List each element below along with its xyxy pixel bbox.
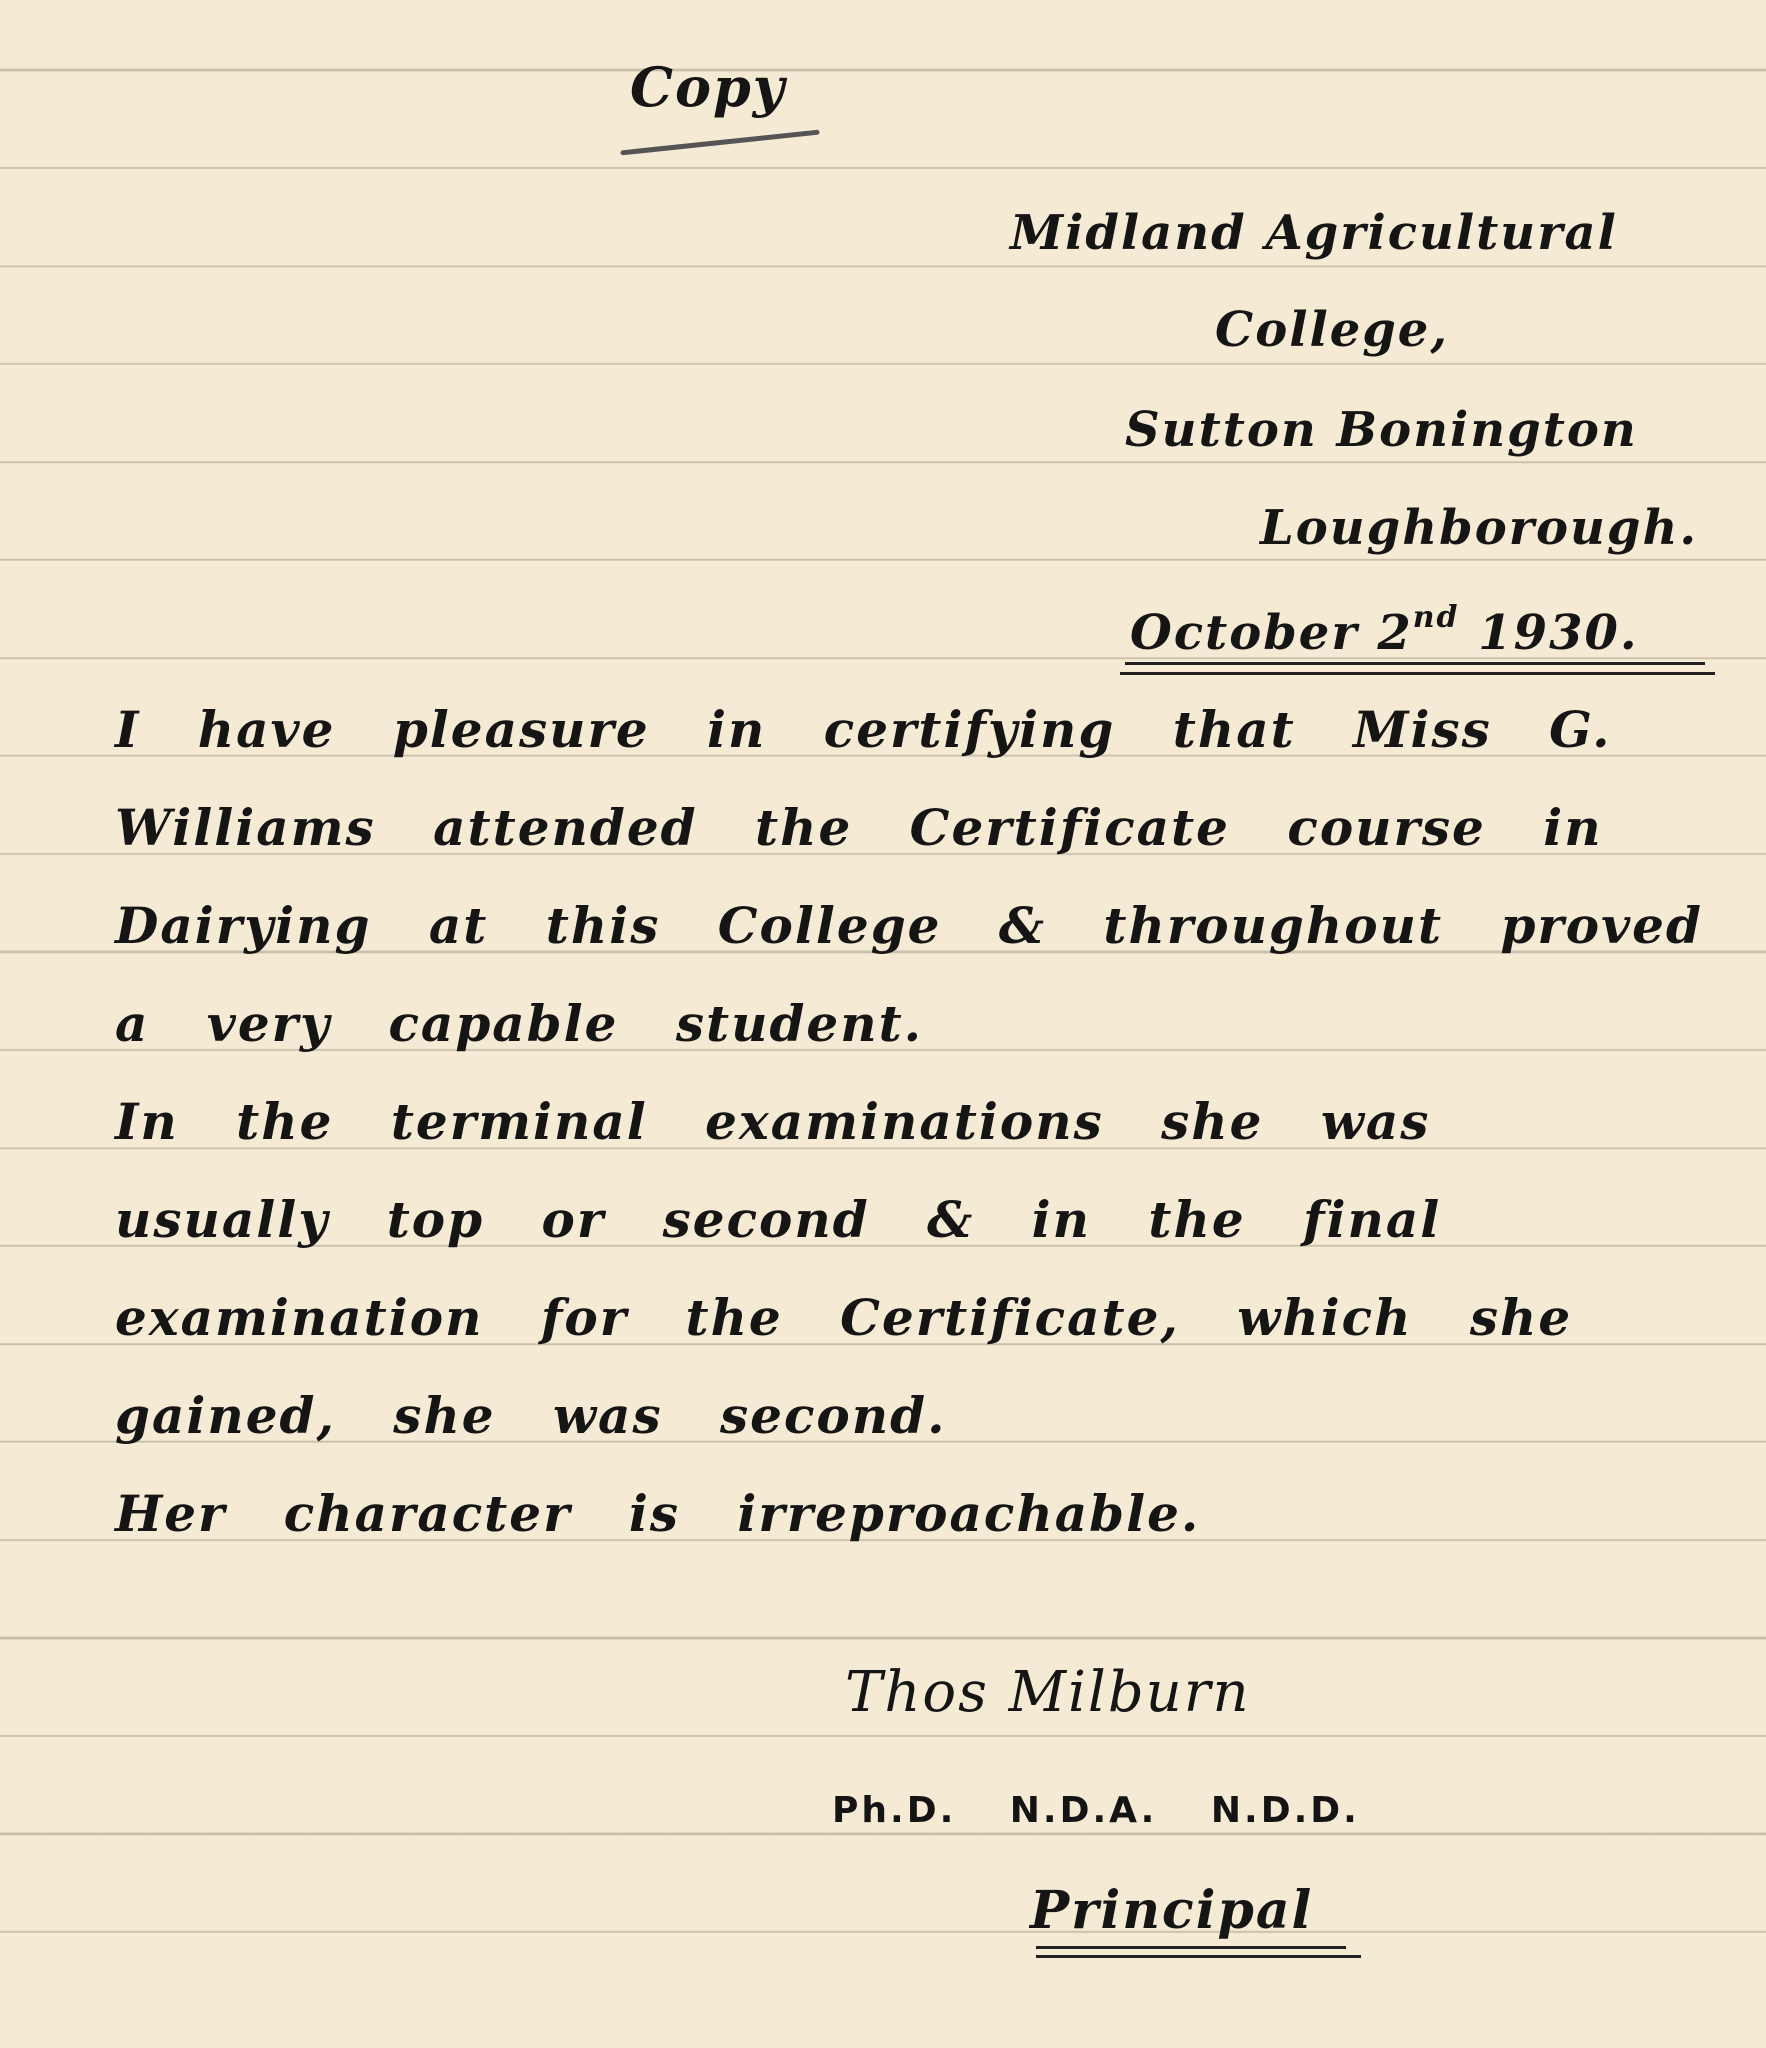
body-line: I have pleasure in certifying that Miss …	[115, 700, 1611, 759]
body-line: examination for the Certificate, which s…	[115, 1288, 1572, 1347]
date-day: 2	[1377, 605, 1412, 661]
title-underline	[1036, 1946, 1346, 1949]
body-line: Dairying at this College & throughout pr…	[115, 896, 1703, 955]
address-line-3: Sutton Bonington	[1125, 402, 1638, 458]
date-year: 1930.	[1478, 605, 1638, 661]
copy-heading: Copy	[630, 55, 786, 119]
signatory-title: Principal	[1030, 1880, 1313, 1941]
date-ordinal: nd	[1413, 600, 1460, 635]
date-underline	[1125, 662, 1705, 665]
body-line: gained, she was second.	[115, 1386, 946, 1445]
letter-date: October 2nd 1930.	[1130, 600, 1639, 661]
date-month: October	[1130, 605, 1359, 661]
address-line-4: Loughborough.	[1260, 500, 1698, 556]
date-underline-second	[1120, 672, 1715, 675]
qualifications: Ph.D. N.D.A. N.D.D.	[832, 1790, 1360, 1831]
signature: Thos Milburn	[845, 1660, 1251, 1725]
body-line: usually top or second & in the final	[115, 1190, 1441, 1249]
address-line-1: Midland Agricultural	[1010, 205, 1618, 261]
body-line: In the terminal examinations she was	[115, 1092, 1430, 1151]
title-underline-second	[1036, 1955, 1361, 1958]
body-line: a very capable student.	[115, 994, 923, 1053]
body-line: Williams attended the Certificate course…	[115, 798, 1603, 857]
body-line: Her character is irreproachable.	[115, 1484, 1200, 1543]
address-line-2: College,	[1215, 302, 1449, 358]
